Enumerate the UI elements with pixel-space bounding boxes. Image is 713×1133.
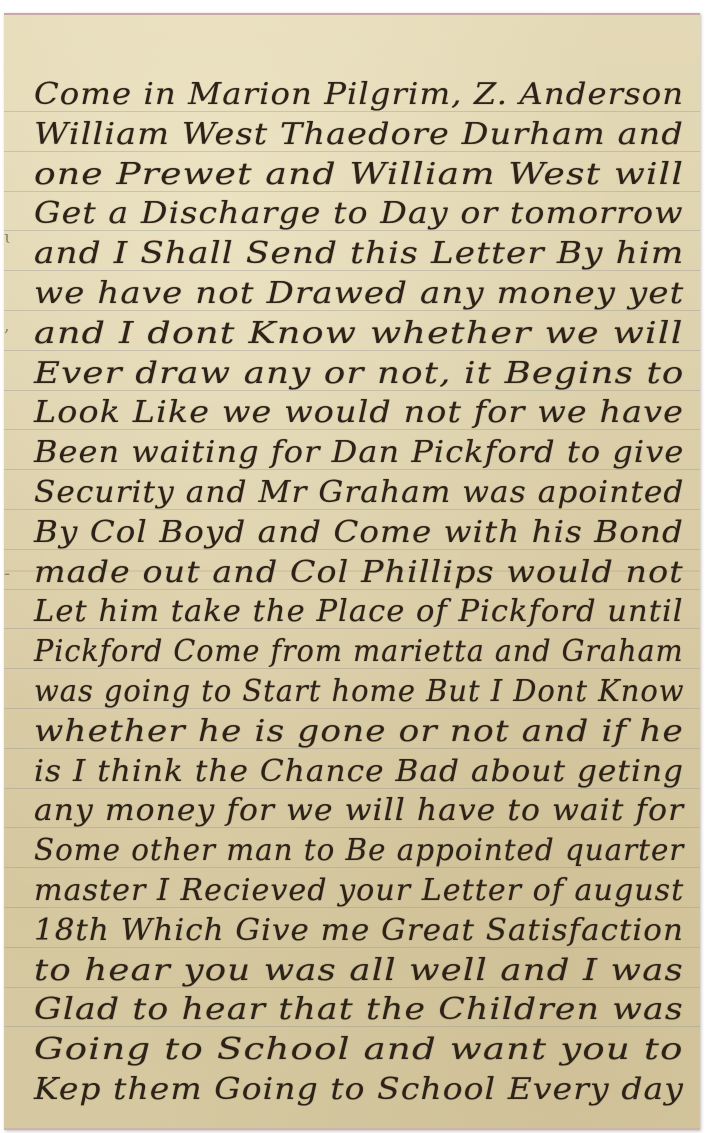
handwritten-line: was going to Start home But I Dont Know (34, 674, 684, 710)
handwritten-line: Been waiting for Dan Pickford to give (34, 435, 684, 471)
letter-page: ɩ , - Come in Marion Pilgrim, Z. Anderso… (4, 13, 700, 1130)
handwritten-line: we have not Drawed any money yet (34, 276, 684, 312)
handwritten-line: Look Like we would not for we have (34, 395, 684, 431)
handwritten-line: to hear you was all well and I was (34, 953, 684, 989)
handwritten-line: Security and Mr Graham was apointed (34, 475, 684, 511)
handwritten-line: made out and Col Phillips would not (34, 555, 684, 591)
handwritten-line: is I think the Chance Bad about geting (34, 754, 684, 790)
margin-mark: - (4, 563, 10, 584)
handwritten-line: Kep them Going to School Every day (34, 1072, 684, 1108)
handwritten-line: master I Recieved your Letter of august (34, 873, 684, 909)
margin-mark: , (4, 315, 10, 336)
handwritten-line: Some other man to Be appointed quarter (34, 833, 684, 869)
handwritten-line: and I dont Know whether we will (34, 316, 684, 352)
handwritten-line: Get a Discharge to Day or tomorrow (34, 196, 684, 232)
handwritten-line: Let him take the Place of Pickford until (34, 594, 684, 630)
margin-mark: ɩ (4, 227, 11, 248)
handwritten-line: Glad to hear that the Children was (34, 992, 684, 1028)
handwritten-line: Going to School and want you to (34, 1032, 684, 1068)
handwritten-line: By Col Boyd and Come with his Bond (34, 515, 684, 551)
handwritten-line: Come in Marion Pilgrim, Z. Anderson (34, 77, 684, 113)
handwritten-line: whether he is gone or not and if he (34, 714, 684, 750)
handwritten-line: 18th Which Give me Great Satisfaction (34, 913, 684, 949)
handwritten-line: Ever draw any or not, it Begins to (34, 356, 684, 392)
handwritten-line: one Prewet and William West will (34, 157, 684, 193)
handwritten-line: William West Thaedore Durham and (34, 117, 684, 153)
handwritten-line: any money for we will have to wait for (34, 793, 684, 829)
handwritten-line: and I Shall Send this Letter By him (34, 236, 684, 272)
handwritten-line: Pickford Come from marietta and Graham (34, 634, 684, 670)
